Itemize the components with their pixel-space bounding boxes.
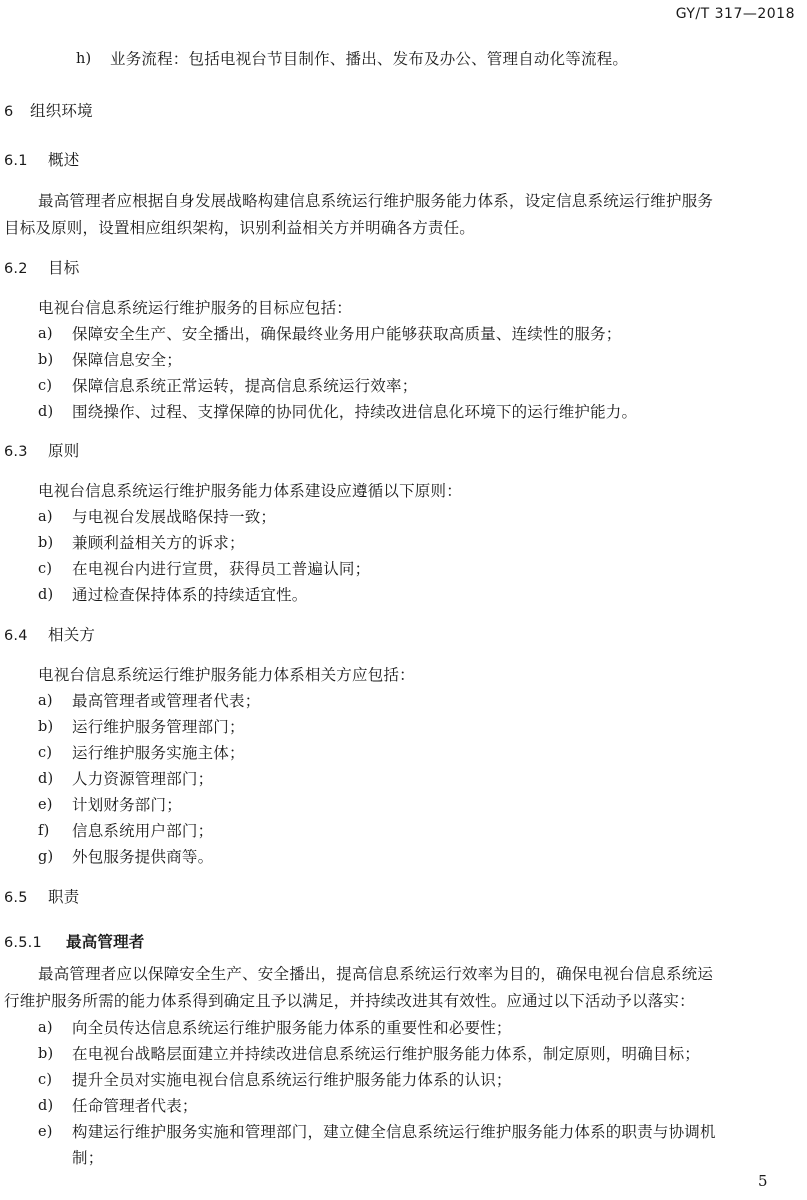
- section-title: 概述: [48, 150, 79, 170]
- list-text: 最高管理者或管理者代表；: [72, 691, 260, 711]
- list-marker: f): [38, 821, 49, 841]
- section-title: 相关方: [48, 625, 95, 645]
- list-marker: a): [38, 507, 53, 527]
- list-text: 保障信息安全；: [72, 350, 182, 370]
- list-marker: h): [76, 49, 91, 69]
- list-marker: e): [38, 795, 53, 815]
- standard-code: GY/T 317—2018: [676, 6, 795, 22]
- section-heading-6: 6组织环境: [4, 101, 93, 122]
- list-marker: a): [38, 324, 53, 344]
- paragraph-line: 行维护服务所需的能力体系得到确定且予以满足，并持续改进其有效性。应通过以下活动予…: [4, 991, 695, 1011]
- section-number: 6.5: [4, 888, 48, 908]
- list-marker: b): [38, 350, 53, 370]
- list-marker: c): [38, 376, 52, 396]
- section-number: 6: [4, 102, 30, 122]
- list-marker: b): [38, 717, 53, 737]
- list-marker: d): [38, 769, 53, 789]
- section-heading-6-5-1: 6.5.1最高管理者: [4, 932, 145, 953]
- list-marker: c): [38, 1070, 52, 1090]
- section-heading-6-3: 6.3原则: [4, 441, 79, 462]
- list-text: 在电视台战略层面建立并持续改进信息系统运行维护服务能力体系，制定原则，明确目标；: [72, 1044, 700, 1064]
- list-text: 提升全员对实施电视台信息系统运行维护服务能力体系的认识；: [72, 1070, 512, 1090]
- document-page: GY/T 317—2018 h) 业务流程：包括电视台节目制作、播出、发布及办公…: [0, 0, 807, 1200]
- list-text: 在电视台内进行宣贯，获得员工普遍认同；: [72, 559, 370, 579]
- section-heading-6-4: 6.4相关方: [4, 625, 95, 646]
- list-marker: d): [38, 1096, 53, 1116]
- list-text: 向全员传达信息系统运行维护服务能力体系的重要性和必要性；: [72, 1018, 512, 1038]
- list-text: 计划财务部门；: [72, 795, 182, 815]
- list-marker: b): [38, 1044, 53, 1064]
- section-title: 原则: [48, 441, 79, 461]
- section-heading-6-1: 6.1概述: [4, 150, 79, 171]
- section-number: 6.2: [4, 259, 48, 279]
- paragraph-line: 最高管理者应以保障安全生产、安全播出，提高信息系统运行效率为目的，确保电视台信息…: [38, 964, 713, 984]
- list-lead: 电视台信息系统运行维护服务的目标应包括：: [38, 298, 352, 318]
- list-marker: e): [38, 1122, 53, 1142]
- list-marker: d): [38, 585, 53, 605]
- list-marker: c): [38, 743, 52, 763]
- page-number: 5: [758, 1172, 768, 1190]
- section-number: 6.4: [4, 626, 48, 646]
- section-heading-6-2: 6.2目标: [4, 258, 79, 279]
- section-number: 6.1: [4, 151, 48, 171]
- list-lead: 电视台信息系统运行维护服务能力体系相关方应包括：: [38, 665, 415, 685]
- list-text: 构建运行维护服务实施和管理部门，建立健全信息系统运行维护服务能力体系的职责与协调…: [72, 1122, 716, 1142]
- list-text: 保障信息系统正常运转，提高信息系统运行效率；: [72, 376, 417, 396]
- list-text: 运行维护服务管理部门；: [72, 717, 245, 737]
- list-text: 保障安全生产、安全播出，确保最终业务用户能够获取高质量、连续性的服务；: [72, 324, 622, 344]
- list-text: 兼顾利益相关方的诉求；: [72, 533, 245, 553]
- list-text: 运行维护服务实施主体；: [72, 743, 245, 763]
- list-text: 人力资源管理部门；: [72, 769, 213, 789]
- section-title: 目标: [48, 258, 79, 278]
- section-number: 6.3: [4, 442, 48, 462]
- list-text: 信息系统用户部门；: [72, 821, 213, 841]
- list-marker: d): [38, 402, 53, 422]
- section-title: 职责: [48, 887, 79, 907]
- list-marker: g): [38, 847, 53, 867]
- list-text: 与电视台发展战略保持一致；: [72, 507, 276, 527]
- list-text: 围绕操作、过程、支撑保障的协同优化，持续改进信息化环境下的运行维护能力。: [72, 402, 637, 422]
- list-marker: a): [38, 691, 53, 711]
- list-text: 业务流程：包括电视台节目制作、播出、发布及办公、管理自动化等流程。: [110, 49, 628, 69]
- list-text: 外包服务提供商等。: [72, 847, 213, 867]
- list-marker: c): [38, 559, 52, 579]
- list-lead: 电视台信息系统运行维护服务能力体系建设应遵循以下原则：: [38, 481, 462, 501]
- list-text-continuation: 制；: [72, 1148, 103, 1168]
- section-number: 6.5.1: [4, 933, 66, 953]
- section-title: 组织环境: [30, 101, 93, 121]
- paragraph-line: 目标及原则，设置相应组织架构，识别利益相关方并明确各方责任。: [4, 218, 475, 238]
- section-heading-6-5: 6.5职责: [4, 887, 79, 908]
- section-title: 最高管理者: [66, 932, 145, 952]
- list-marker: a): [38, 1018, 53, 1038]
- list-text: 通过检查保持体系的持续适宜性。: [72, 585, 308, 605]
- paragraph-line: 最高管理者应根据自身发展战略构建信息系统运行维护服务能力体系，设定信息系统运行维…: [38, 191, 713, 211]
- list-text: 任命管理者代表；: [72, 1096, 198, 1116]
- list-marker: b): [38, 533, 53, 553]
